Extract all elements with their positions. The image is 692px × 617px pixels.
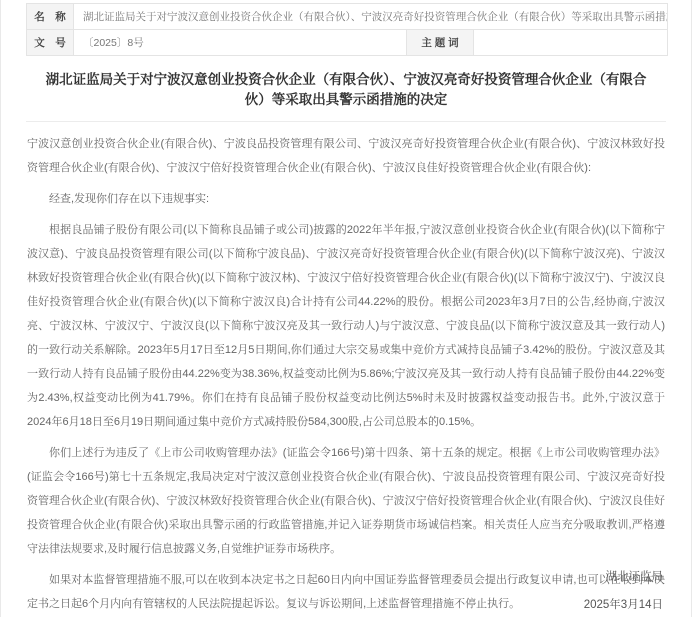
subject-value xyxy=(474,30,668,56)
paragraph-recipients: 宁波汉意创业投资合伙企业(有限合伙)、宁波良品投资管理有限公司、宁波汉亮奇好投资… xyxy=(27,132,665,180)
meta-row-number: 文 号 〔2025〕8号 主 题 词 xyxy=(27,30,668,56)
name-value: 湖北证监局关于对宁波汉意创业投资合伙企业（有限合伙）、宁波汉亮奇好投资管理合伙企… xyxy=(74,4,668,30)
signature: 湖北证监局 xyxy=(606,568,664,584)
subject-label: 主 题 词 xyxy=(407,30,474,56)
paragraph-decision: 你们上述行为违反了《上市公司收购管理办法》(证监会令166号)第十四条、第十五条… xyxy=(27,441,665,561)
document-meta-table: 名 称 湖北证监局关于对宁波汉意创业投资合伙企业（有限合伙）、宁波汉亮奇好投资管… xyxy=(26,3,668,56)
document-title: 湖北证监局关于对宁波汉意创业投资合伙企业（有限合伙）、宁波汉亮奇好投资管理合伙企… xyxy=(43,70,649,110)
document-body: 宁波汉意创业投资合伙企业(有限合伙)、宁波良品投资管理有限公司、宁波汉亮奇好投资… xyxy=(27,132,665,616)
doc-number-value: 〔2025〕8号 xyxy=(74,30,407,56)
title-divider xyxy=(26,121,666,122)
doc-number-label: 文 号 xyxy=(27,30,74,56)
paragraph-facts: 根据良品铺子股份有限公司(以下简称良品铺子或公司)披露的2022年半年报,宁波汉… xyxy=(27,218,665,434)
meta-row-name: 名 称 湖北证监局关于对宁波汉意创业投资合伙企业（有限合伙）、宁波汉亮奇好投资管… xyxy=(27,4,668,30)
name-label: 名 称 xyxy=(27,4,74,30)
paragraph-intro: 经查,发现你们存在以下违规事实: xyxy=(27,187,665,211)
date: 2025年3月14日 xyxy=(584,596,663,612)
document-page: 名 称 湖北证监局关于对宁波汉意创业投资合伙企业（有限合伙）、宁波汉亮奇好投资管… xyxy=(0,0,692,617)
paragraph-appeal: 如果对本监督管理措施不服,可以在收到本决定书之日起60日内向中国证券监督管理委员… xyxy=(27,568,665,616)
